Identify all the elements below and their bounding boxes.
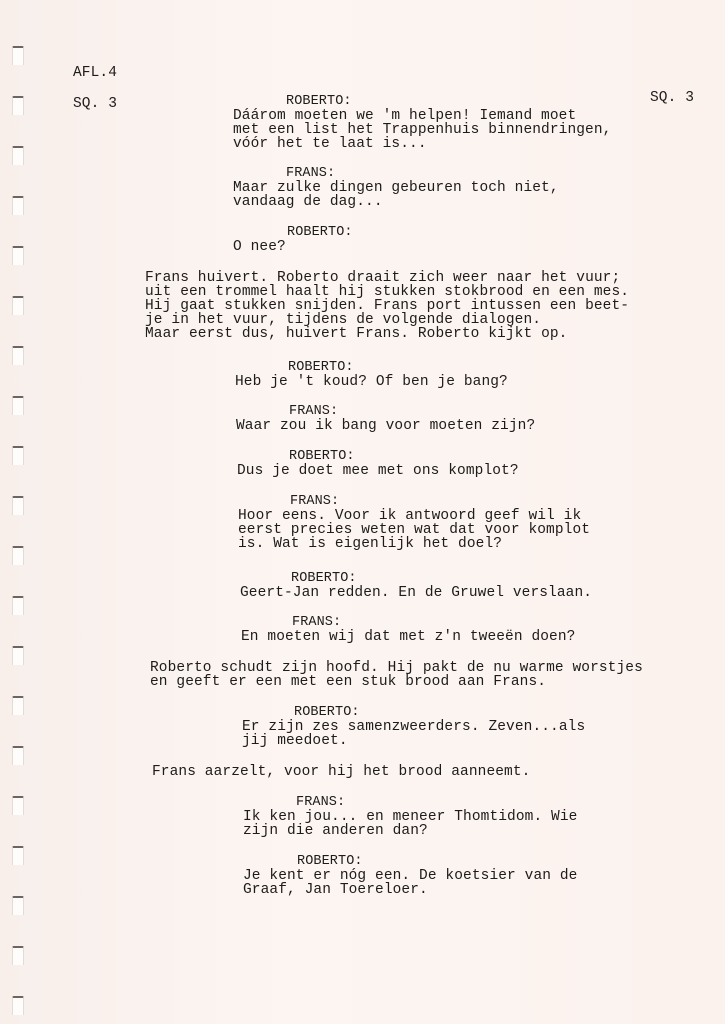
script-line: Frans aarzelt, voor hij het brood aannee… (152, 765, 530, 779)
script-line: vóór het te laat is... (233, 137, 611, 151)
action-text: Roberto schudt zijn hoofd. Hij pakt de n… (150, 661, 643, 689)
script-line: En moeten wij dat met z'n tweeën doen? (241, 630, 575, 644)
script-line: O nee? (233, 240, 286, 254)
character-cue: ROBERTO: (288, 361, 354, 375)
script-line: Heb je 't koud? Of ben je bang? (235, 375, 508, 389)
binder-hole (12, 296, 24, 315)
sequence-label-right: SQ. 3 (650, 91, 694, 105)
binder-hole (12, 246, 24, 265)
dialogue-text: Er zijn zes samenzweerders. Zeven...alsj… (242, 720, 585, 748)
character-cue: FRANS: (286, 167, 335, 181)
binder-hole (12, 746, 24, 765)
dialogue-text: Dus je doet mee met ons komplot? (237, 464, 519, 478)
script-line: Er zijn zes samenzweerders. Zeven...als (242, 720, 585, 734)
dialogue-text: Dáárom moeten we 'm helpen! Iemand moetm… (233, 109, 611, 151)
script-line: jij meedoet. (242, 734, 585, 748)
binder-hole (12, 96, 24, 115)
character-cue: FRANS: (296, 796, 345, 810)
script-line: Geert-Jan redden. En de Gruwel verslaan. (240, 586, 592, 600)
binder-hole (12, 696, 24, 715)
binder-hole (12, 596, 24, 615)
dialogue-text: Je kent er nóg een. De koetsier van deGr… (243, 869, 577, 897)
script-line: Graaf, Jan Toereloer. (243, 883, 577, 897)
script-line: Dáárom moeten we 'm helpen! Iemand moet (233, 109, 611, 123)
dialogue-text: O nee? (233, 240, 286, 254)
script-line: Waar zou ik bang voor moeten zijn? (236, 419, 535, 433)
script-line: Hoor eens. Voor ik antwoord geef wil ik (238, 509, 590, 523)
binder-hole (12, 46, 24, 65)
episode-label: AFL.4 (73, 66, 117, 80)
binder-hole (12, 896, 24, 915)
binder-hole (12, 396, 24, 415)
binder-hole (12, 796, 24, 815)
dialogue-text: En moeten wij dat met z'n tweeën doen? (241, 630, 575, 644)
script-line: Frans huivert. Roberto draait zich weer … (145, 271, 629, 285)
script-line: Maar eerst dus, huivert Frans. Roberto k… (145, 327, 629, 341)
character-cue: ROBERTO: (291, 572, 357, 586)
character-cue: ROBERTO: (297, 855, 363, 869)
sequence-label-left: SQ. 3 (73, 97, 117, 111)
script-line: met een list het Trappenhuis binnendring… (233, 123, 611, 137)
script-line: Roberto schudt zijn hoofd. Hij pakt de n… (150, 661, 643, 675)
character-cue: FRANS: (289, 405, 338, 419)
binder-hole (12, 346, 24, 365)
action-text: Frans aarzelt, voor hij het brood aannee… (152, 765, 530, 779)
script-line: Dus je doet mee met ons komplot? (237, 464, 519, 478)
script-line: uit een trommel haalt hij stukken stokbr… (145, 285, 629, 299)
binder-hole (12, 446, 24, 465)
dialogue-text: Hoor eens. Voor ik antwoord geef wil ike… (238, 509, 590, 551)
script-line: Hij gaat stukken snijden. Frans port int… (145, 299, 629, 313)
binder-hole (12, 846, 24, 865)
script-line: vandaag de dag... (233, 195, 559, 209)
script-line: Ik ken jou... en meneer Thomtidom. Wie (243, 810, 577, 824)
character-cue: ROBERTO: (286, 95, 352, 109)
binder-hole (12, 646, 24, 665)
script-line: Je kent er nóg een. De koetsier van de (243, 869, 577, 883)
script-line: eerst precies weten wat dat voor komplot (238, 523, 590, 537)
binder-hole (12, 546, 24, 565)
script-line: zijn die anderen dan? (243, 824, 577, 838)
script-line: je in het vuur, tijdens de volgende dial… (145, 313, 629, 327)
script-page: AFL.4 SQ. 3 SQ. 3 ROBERTO:Dáárom moeten … (0, 0, 725, 1024)
dialogue-text: Geert-Jan redden. En de Gruwel verslaan. (240, 586, 592, 600)
dialogue-text: Ik ken jou... en meneer Thomtidom. Wiezi… (243, 810, 577, 838)
binder-hole (12, 196, 24, 215)
binder-hole (12, 146, 24, 165)
binder-hole (12, 996, 24, 1015)
script-line: is. Wat is eigenlijk het doel? (238, 537, 590, 551)
dialogue-text: Waar zou ik bang voor moeten zijn? (236, 419, 535, 433)
script-line: en geeft er een met een stuk brood aan F… (150, 675, 643, 689)
character-cue: ROBERTO: (294, 706, 360, 720)
character-cue: ROBERTO: (287, 226, 353, 240)
character-cue: FRANS: (290, 495, 339, 509)
dialogue-text: Maar zulke dingen gebeuren toch niet,van… (233, 181, 559, 209)
binder-hole (12, 496, 24, 515)
action-text: Frans huivert. Roberto draait zich weer … (145, 271, 629, 341)
script-line: Maar zulke dingen gebeuren toch niet, (233, 181, 559, 195)
character-cue: ROBERTO: (289, 450, 355, 464)
binder-hole (12, 946, 24, 965)
dialogue-text: Heb je 't koud? Of ben je bang? (235, 375, 508, 389)
character-cue: FRANS: (292, 616, 341, 630)
